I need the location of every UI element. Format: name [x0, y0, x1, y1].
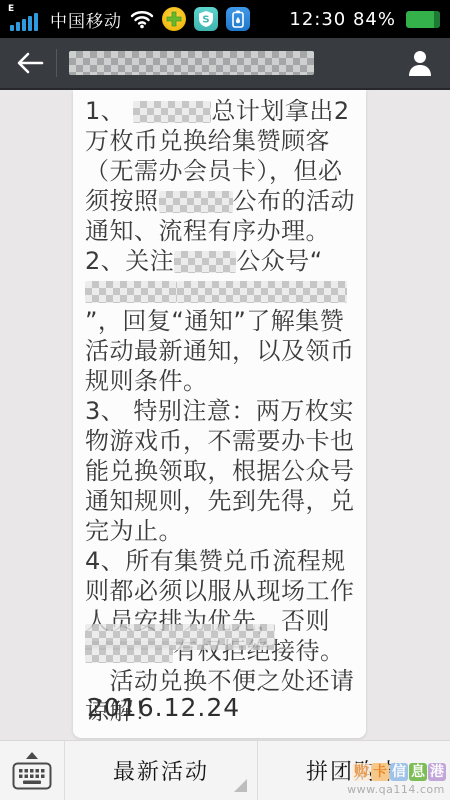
watermark-char: 卡: [371, 763, 389, 781]
carrier-label: 中国移动: [50, 7, 122, 32]
censored-text: [133, 101, 211, 123]
svg-text:S: S: [202, 15, 209, 26]
chat-content-area[interactable]: 1、 总计划拿出2万枚币兑换给集赞顾客（无需办会员卡），但必须按照公布的活动通知…: [0, 90, 450, 740]
contact-profile-button[interactable]: [402, 45, 438, 81]
watermark-char: 购: [352, 763, 370, 781]
phone-screen: E 中国移动 S: [0, 0, 450, 800]
official-account-menu-bar: 最新活动 拼团购卡 购卡信息港 www.qa114.com: [0, 740, 450, 800]
submenu-corner-icon: [234, 779, 247, 792]
watermark-logo: 购卡信息港: [346, 763, 446, 781]
nav-bar: [0, 38, 450, 90]
contact-person-icon: [407, 49, 433, 77]
censored-text: [159, 191, 233, 213]
censored-text: [174, 251, 236, 273]
watermark-url: www.qa114.com: [346, 783, 446, 796]
article-date: 2016.12.24: [87, 693, 240, 722]
signature-censored: [85, 624, 275, 650]
360-security-icon: [162, 7, 186, 31]
notice-image[interactable]: 1、 总计划拿出2万枚币兑换给集赞顾客（无需办会员卡），但必须按照公布的活动通知…: [73, 90, 366, 738]
back-arrow-icon: [15, 50, 45, 76]
signal-bars-icon: E: [10, 11, 40, 31]
nav-divider: [56, 49, 57, 77]
menu-item-label: 最新活动: [113, 755, 209, 786]
status-bar: E 中国移动 S: [0, 0, 450, 38]
chat-title-censored: [69, 51, 314, 75]
article-paragraph: 1、 总计划拿出2万枚币兑换给集赞顾客（无需办会员卡），但必须按照公布的活动通知…: [85, 96, 358, 246]
article-paragraph: 2、关注公众号“”，回复“通知”了解集赞活动最新通知，以及领币规则条件。: [85, 246, 358, 396]
watermark-char: 信: [390, 763, 408, 781]
keyboard-icon: [12, 762, 52, 790]
censored-text: [85, 281, 177, 303]
caret-up-icon: [26, 752, 38, 759]
watermark: 购卡信息港 www.qa114.com: [346, 763, 446, 796]
shield-app-icon: S: [194, 7, 218, 31]
menu-item-latest-activity[interactable]: 最新活动: [65, 741, 257, 800]
wifi-icon: [130, 9, 154, 29]
status-time-battery-label: 12:30 84%: [289, 9, 396, 30]
keyboard-toggle-button[interactable]: [0, 741, 65, 800]
battery-app-icon: [226, 7, 250, 31]
network-type-label: E: [8, 4, 14, 14]
system-battery-icon: [406, 11, 440, 28]
watermark-char: 港: [428, 763, 446, 781]
back-button[interactable]: [12, 45, 48, 81]
article-paragraph: 3、 特别注意：两万枚实物游戏币，不需要办卡也能兑换领取，根据公众号通知规则，先…: [85, 396, 358, 546]
watermark-char: 息: [409, 763, 427, 781]
censored-text: [177, 281, 347, 303]
